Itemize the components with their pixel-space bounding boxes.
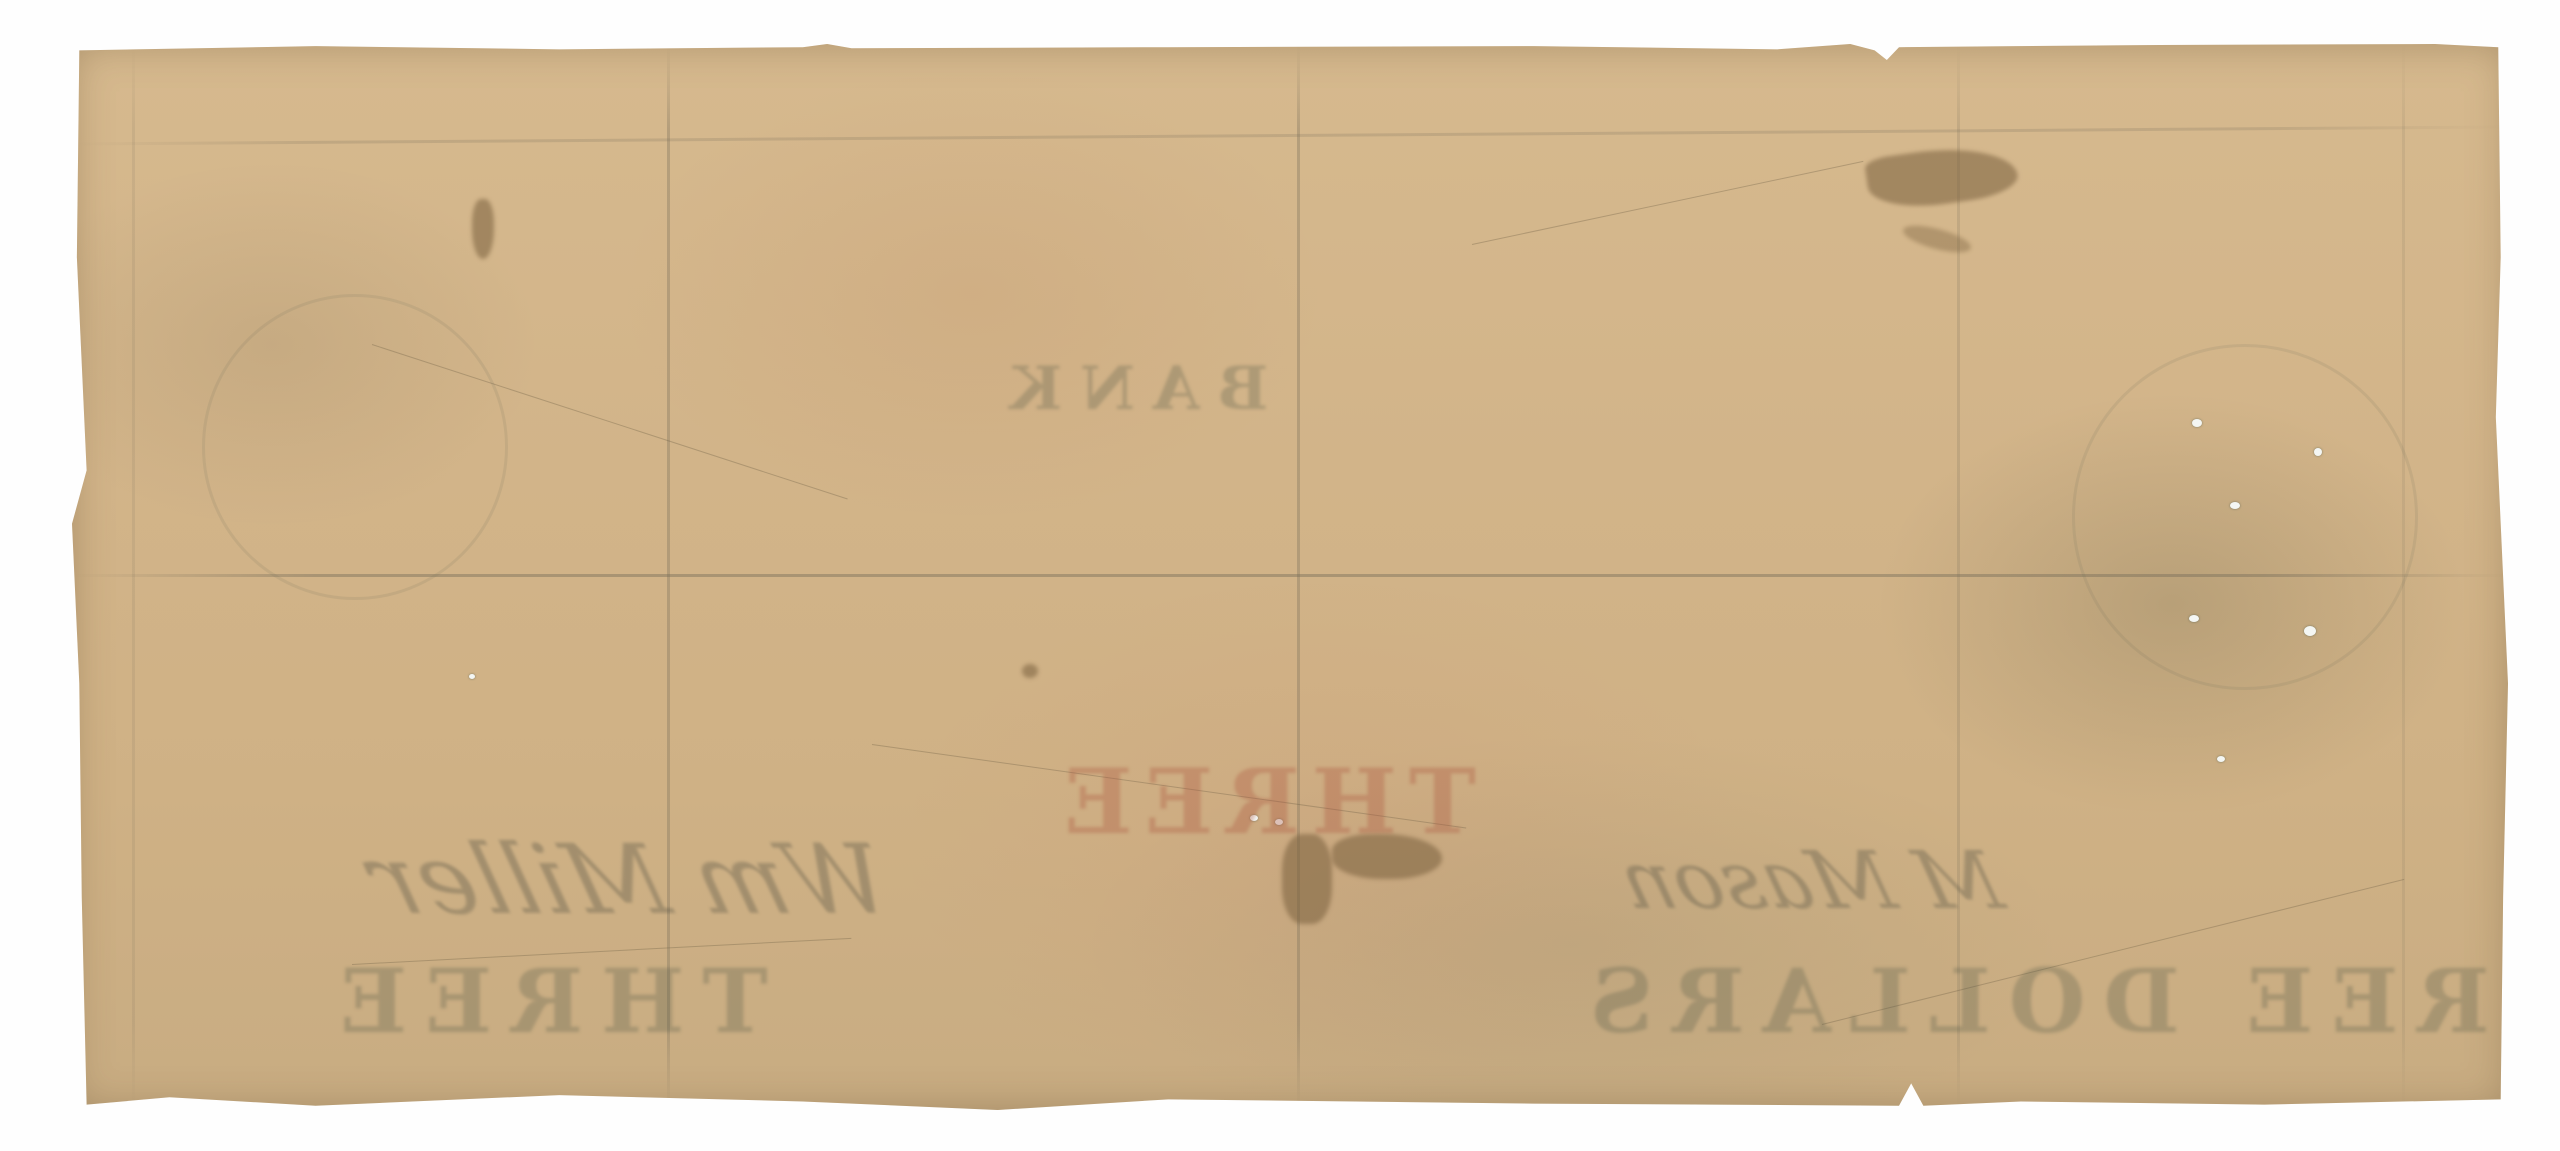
paper-hole bbox=[2192, 419, 2202, 427]
water-stain-top-right bbox=[1864, 139, 2020, 214]
portrait-vignette-bleed bbox=[2072, 344, 2418, 690]
paper-hole bbox=[2314, 448, 2322, 456]
water-stain-small bbox=[1901, 220, 1974, 257]
paper-hole bbox=[2189, 615, 2199, 622]
vignette-bleed-left bbox=[202, 294, 508, 600]
bleed-text-bottom-right: THREE DOLLARS bbox=[1572, 949, 2560, 1053]
small-spot bbox=[1022, 664, 1038, 678]
scratch-mark bbox=[1472, 161, 1863, 245]
paper-hole bbox=[469, 674, 475, 679]
stain-mark bbox=[472, 199, 494, 259]
bleed-signature-left: Wm Miller bbox=[357, 824, 900, 936]
bleed-signature-right: M Mason bbox=[1610, 834, 2013, 927]
bleed-text-bottom-left: THREE bbox=[322, 949, 768, 1053]
banknote-reverse: BANK THREE THREE THREE DOLLARS Wm Miller… bbox=[72, 44, 2508, 1110]
vertical-fold-crease-center bbox=[1297, 44, 1300, 1110]
paper-hole bbox=[2217, 756, 2225, 762]
left-border-line bbox=[132, 44, 135, 1110]
bleed-text-red-center: THREE bbox=[1052, 749, 1476, 855]
bleed-text-top-center: BANK bbox=[992, 354, 1268, 424]
paper-hole bbox=[2304, 626, 2316, 636]
paper-hole bbox=[2230, 502, 2240, 509]
top-crease bbox=[72, 125, 2508, 145]
image-canvas: BANK THREE THREE THREE DOLLARS Wm Miller… bbox=[0, 0, 2560, 1151]
